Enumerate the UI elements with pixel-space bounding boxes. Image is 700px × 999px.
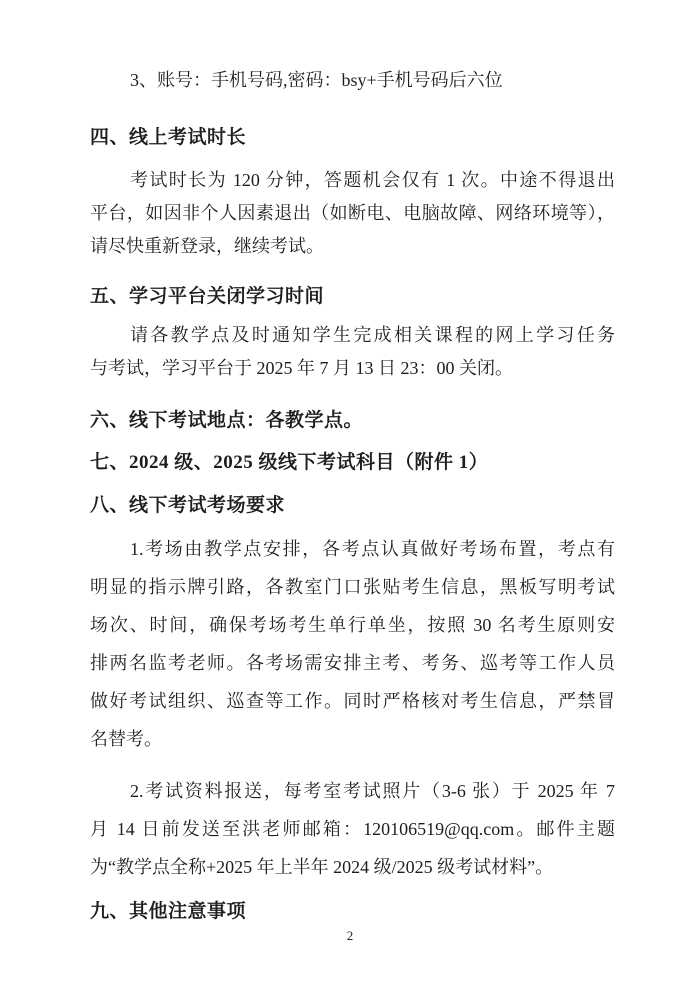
heading-platform-close-time: 五、学习平台关闭学习时间	[90, 283, 615, 311]
text-line: 3、账号：手机号码,密码：bsy+手机号码后六位	[90, 66, 615, 94]
text-line: 明显的指示牌引路，各教室门口张贴考生信息，黑板写明考试	[90, 568, 615, 606]
text-line: 2.考试资料报送，每考室考试照片（3-6 张）于 2025 年 7	[90, 772, 615, 810]
heading-exam-room-requirements: 八、线下考试考场要求	[90, 492, 615, 520]
heading-offline-exam-location: 六、线下考试地点：各教学点。	[90, 407, 615, 435]
text-line: 平台，如因非个人因素退出（如断电、电脑故障、网络环境等），	[90, 197, 615, 230]
text-line: 1.考场由教学点安排，各考点认真做好考场布置，考点有	[90, 530, 615, 568]
account-note-line: 3、账号：手机号码,密码：bsy+手机号码后六位	[90, 66, 615, 94]
text-line: 名替考。	[90, 720, 615, 758]
text-line: 请各教学点及时通知学生完成相关课程的网上学习任务	[90, 319, 615, 352]
document-page: 3、账号：手机号码,密码：bsy+手机号码后六位 四、线上考试时长 考试时长为 …	[0, 0, 700, 999]
heading-online-exam-duration: 四、线上考试时长	[90, 124, 615, 152]
text-line: 请尽快重新登录，继续考试。	[90, 230, 615, 263]
text-line: 为“教学点全称+2025 年上半年 2024 级/2025 级考试材料”。	[90, 848, 615, 886]
text-line: 考试时长为 120 分钟，答题机会仅有 1 次。中途不得退出	[90, 164, 615, 197]
paragraph-exam-materials-submission: 2.考试资料报送，每考室考试照片（3-6 张）于 2025 年 7 月 14 日…	[90, 772, 615, 886]
text-line: 排两名监考老师。各考场需安排主考、考务、巡考等工作人员	[90, 644, 615, 682]
page-number: 2	[0, 928, 700, 944]
paragraph-exam-duration: 考试时长为 120 分钟，答题机会仅有 1 次。中途不得退出 平台，如因非个人因…	[90, 164, 615, 263]
text-line: 与考试，学习平台于 2025 年 7 月 13 日 23：00 关闭。	[90, 352, 615, 385]
document-body: 3、账号：手机号码,密码：bsy+手机号码后六位 四、线上考试时长 考试时长为 …	[90, 66, 615, 926]
text-line: 月 14 日前发送至洪老师邮箱：120106519@qq.com。邮件主题	[90, 810, 615, 848]
heading-offline-exam-subjects: 七、2024 级、2025 级线下考试科目（附件 1）	[90, 449, 615, 477]
paragraph-exam-room-arrangement: 1.考场由教学点安排，各考点认真做好考场布置，考点有 明显的指示牌引路，各教室门…	[90, 530, 615, 758]
paragraph-platform-close: 请各教学点及时通知学生完成相关课程的网上学习任务 与考试，学习平台于 2025 …	[90, 319, 615, 385]
text-line: 做好考试组织、巡查等工作。同时严格核对考生信息，严禁冒	[90, 682, 615, 720]
text-line: 场次、时间，确保考场考生单行单坐，按照 30 名考生原则安	[90, 606, 615, 644]
heading-other-notes: 九、其他注意事项	[90, 898, 615, 926]
